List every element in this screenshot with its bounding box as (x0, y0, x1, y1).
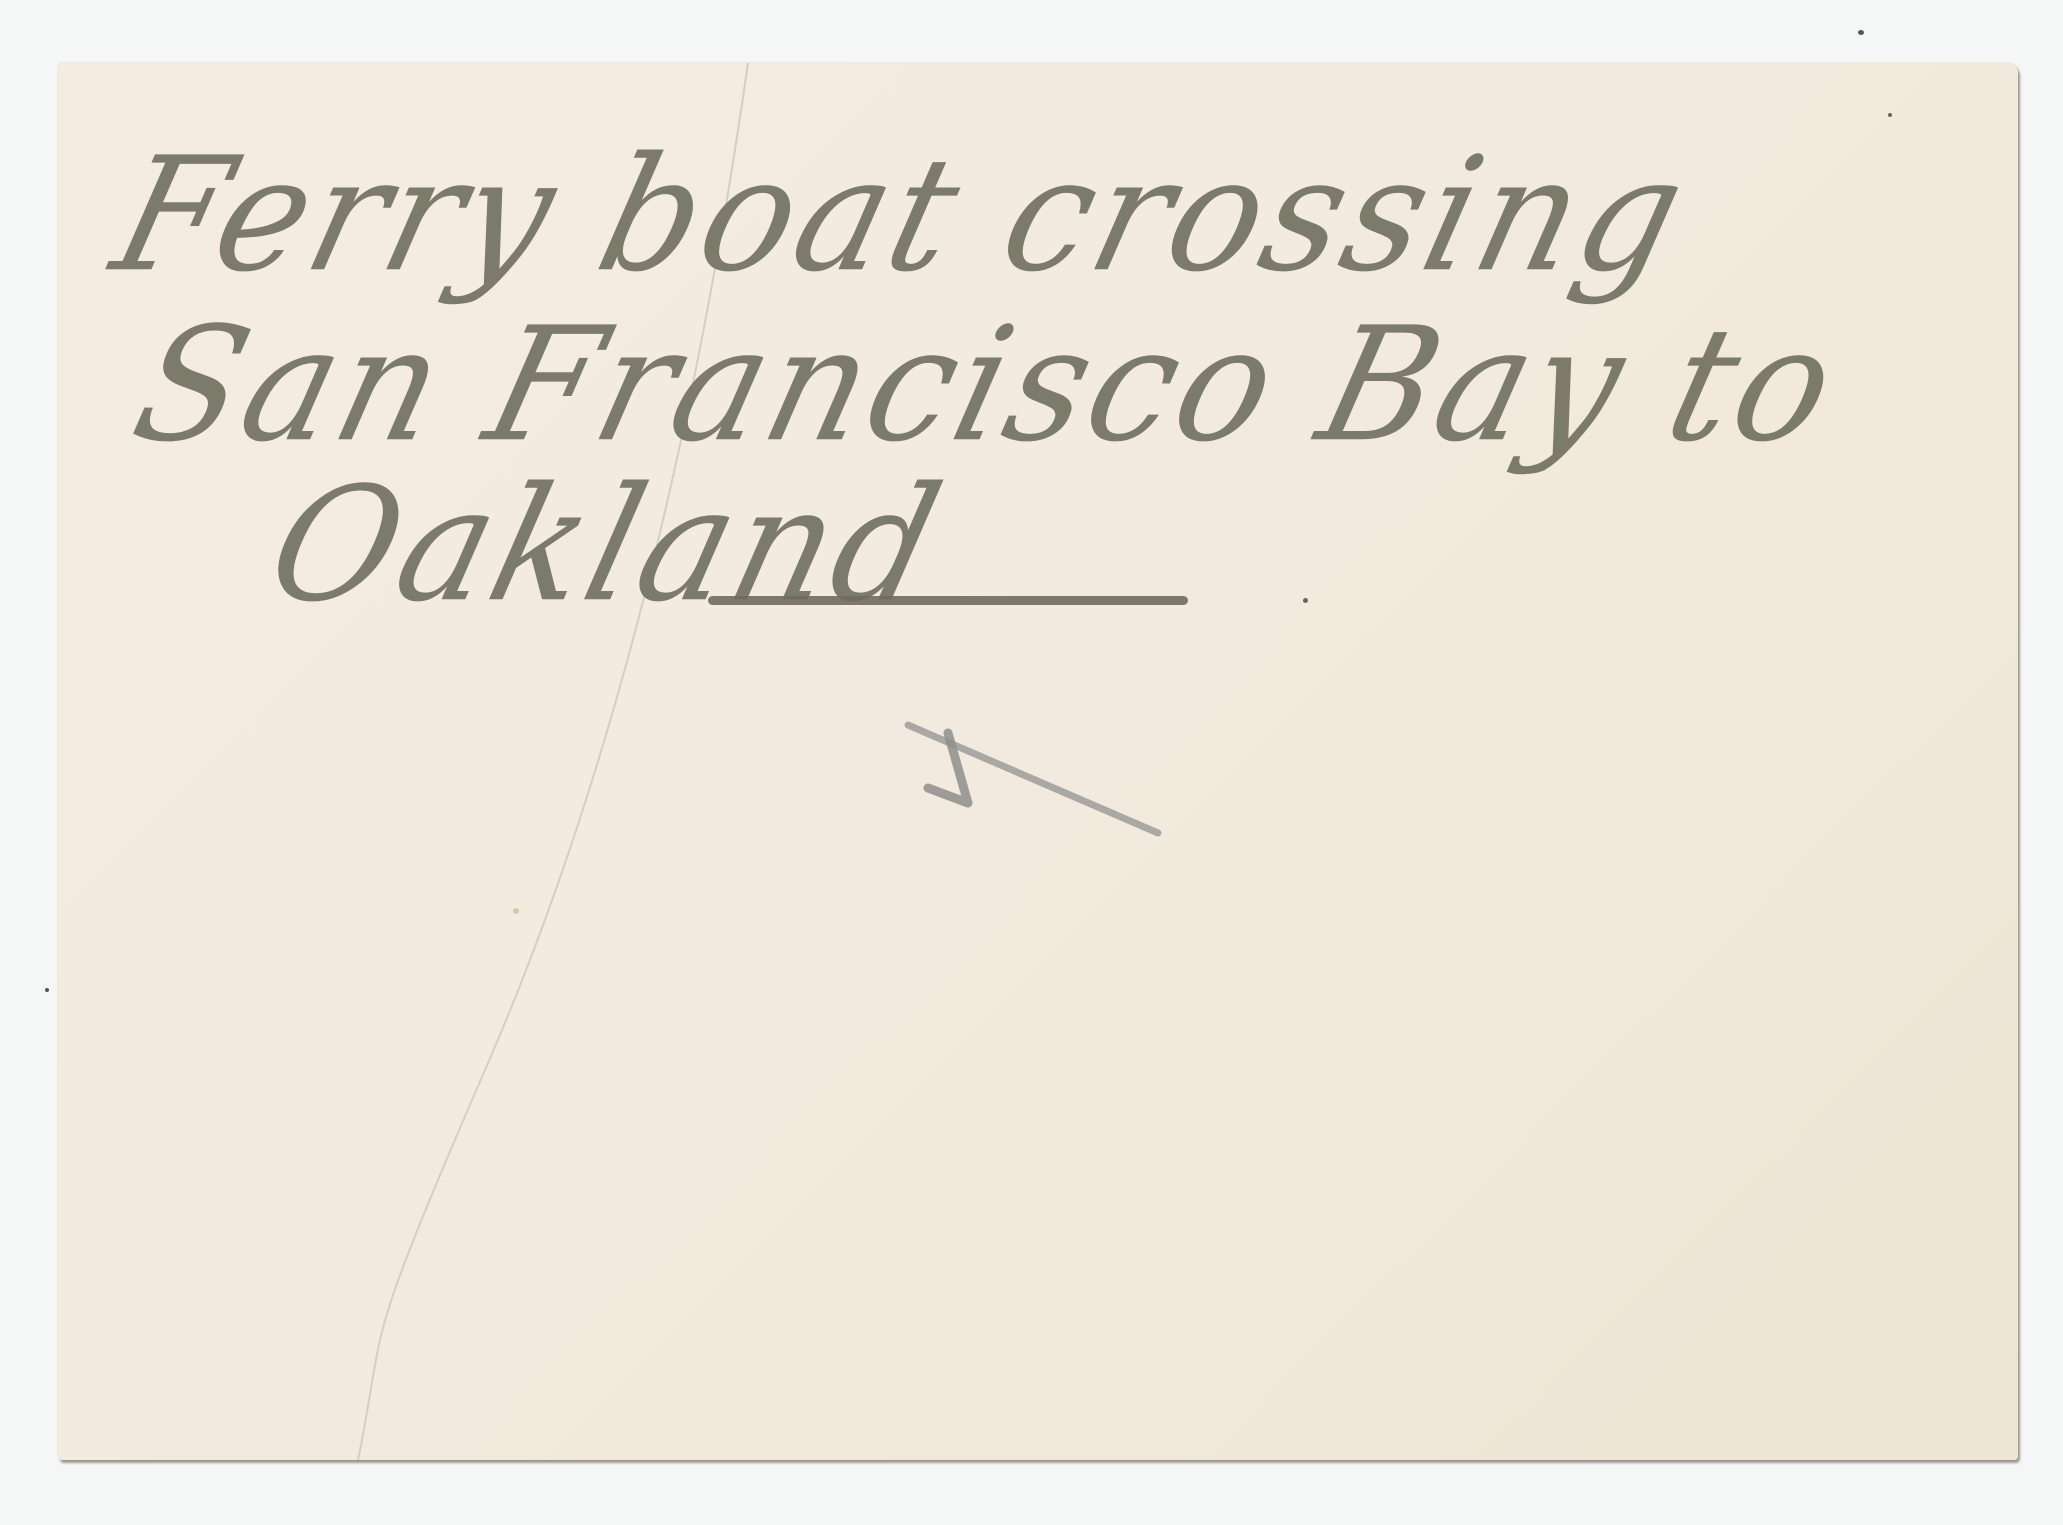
photo-card-back: Ferry boat crossing San Francisco Bay to… (58, 63, 2018, 1460)
dust-speck (1858, 30, 1864, 35)
ink-speck (1888, 113, 1892, 117)
handwriting-line-3: Oakland (253, 454, 960, 637)
handwriting-line-1: Ferry boat crossing (98, 124, 1704, 307)
handwriting-line-2: San Francisco Bay to (118, 294, 1855, 477)
dust-speck (45, 988, 49, 992)
stain-speck (513, 908, 519, 914)
pencil-check-mark-icon (858, 713, 1238, 863)
ink-speck (1303, 598, 1308, 603)
handwritten-underline-dash (708, 596, 1188, 605)
